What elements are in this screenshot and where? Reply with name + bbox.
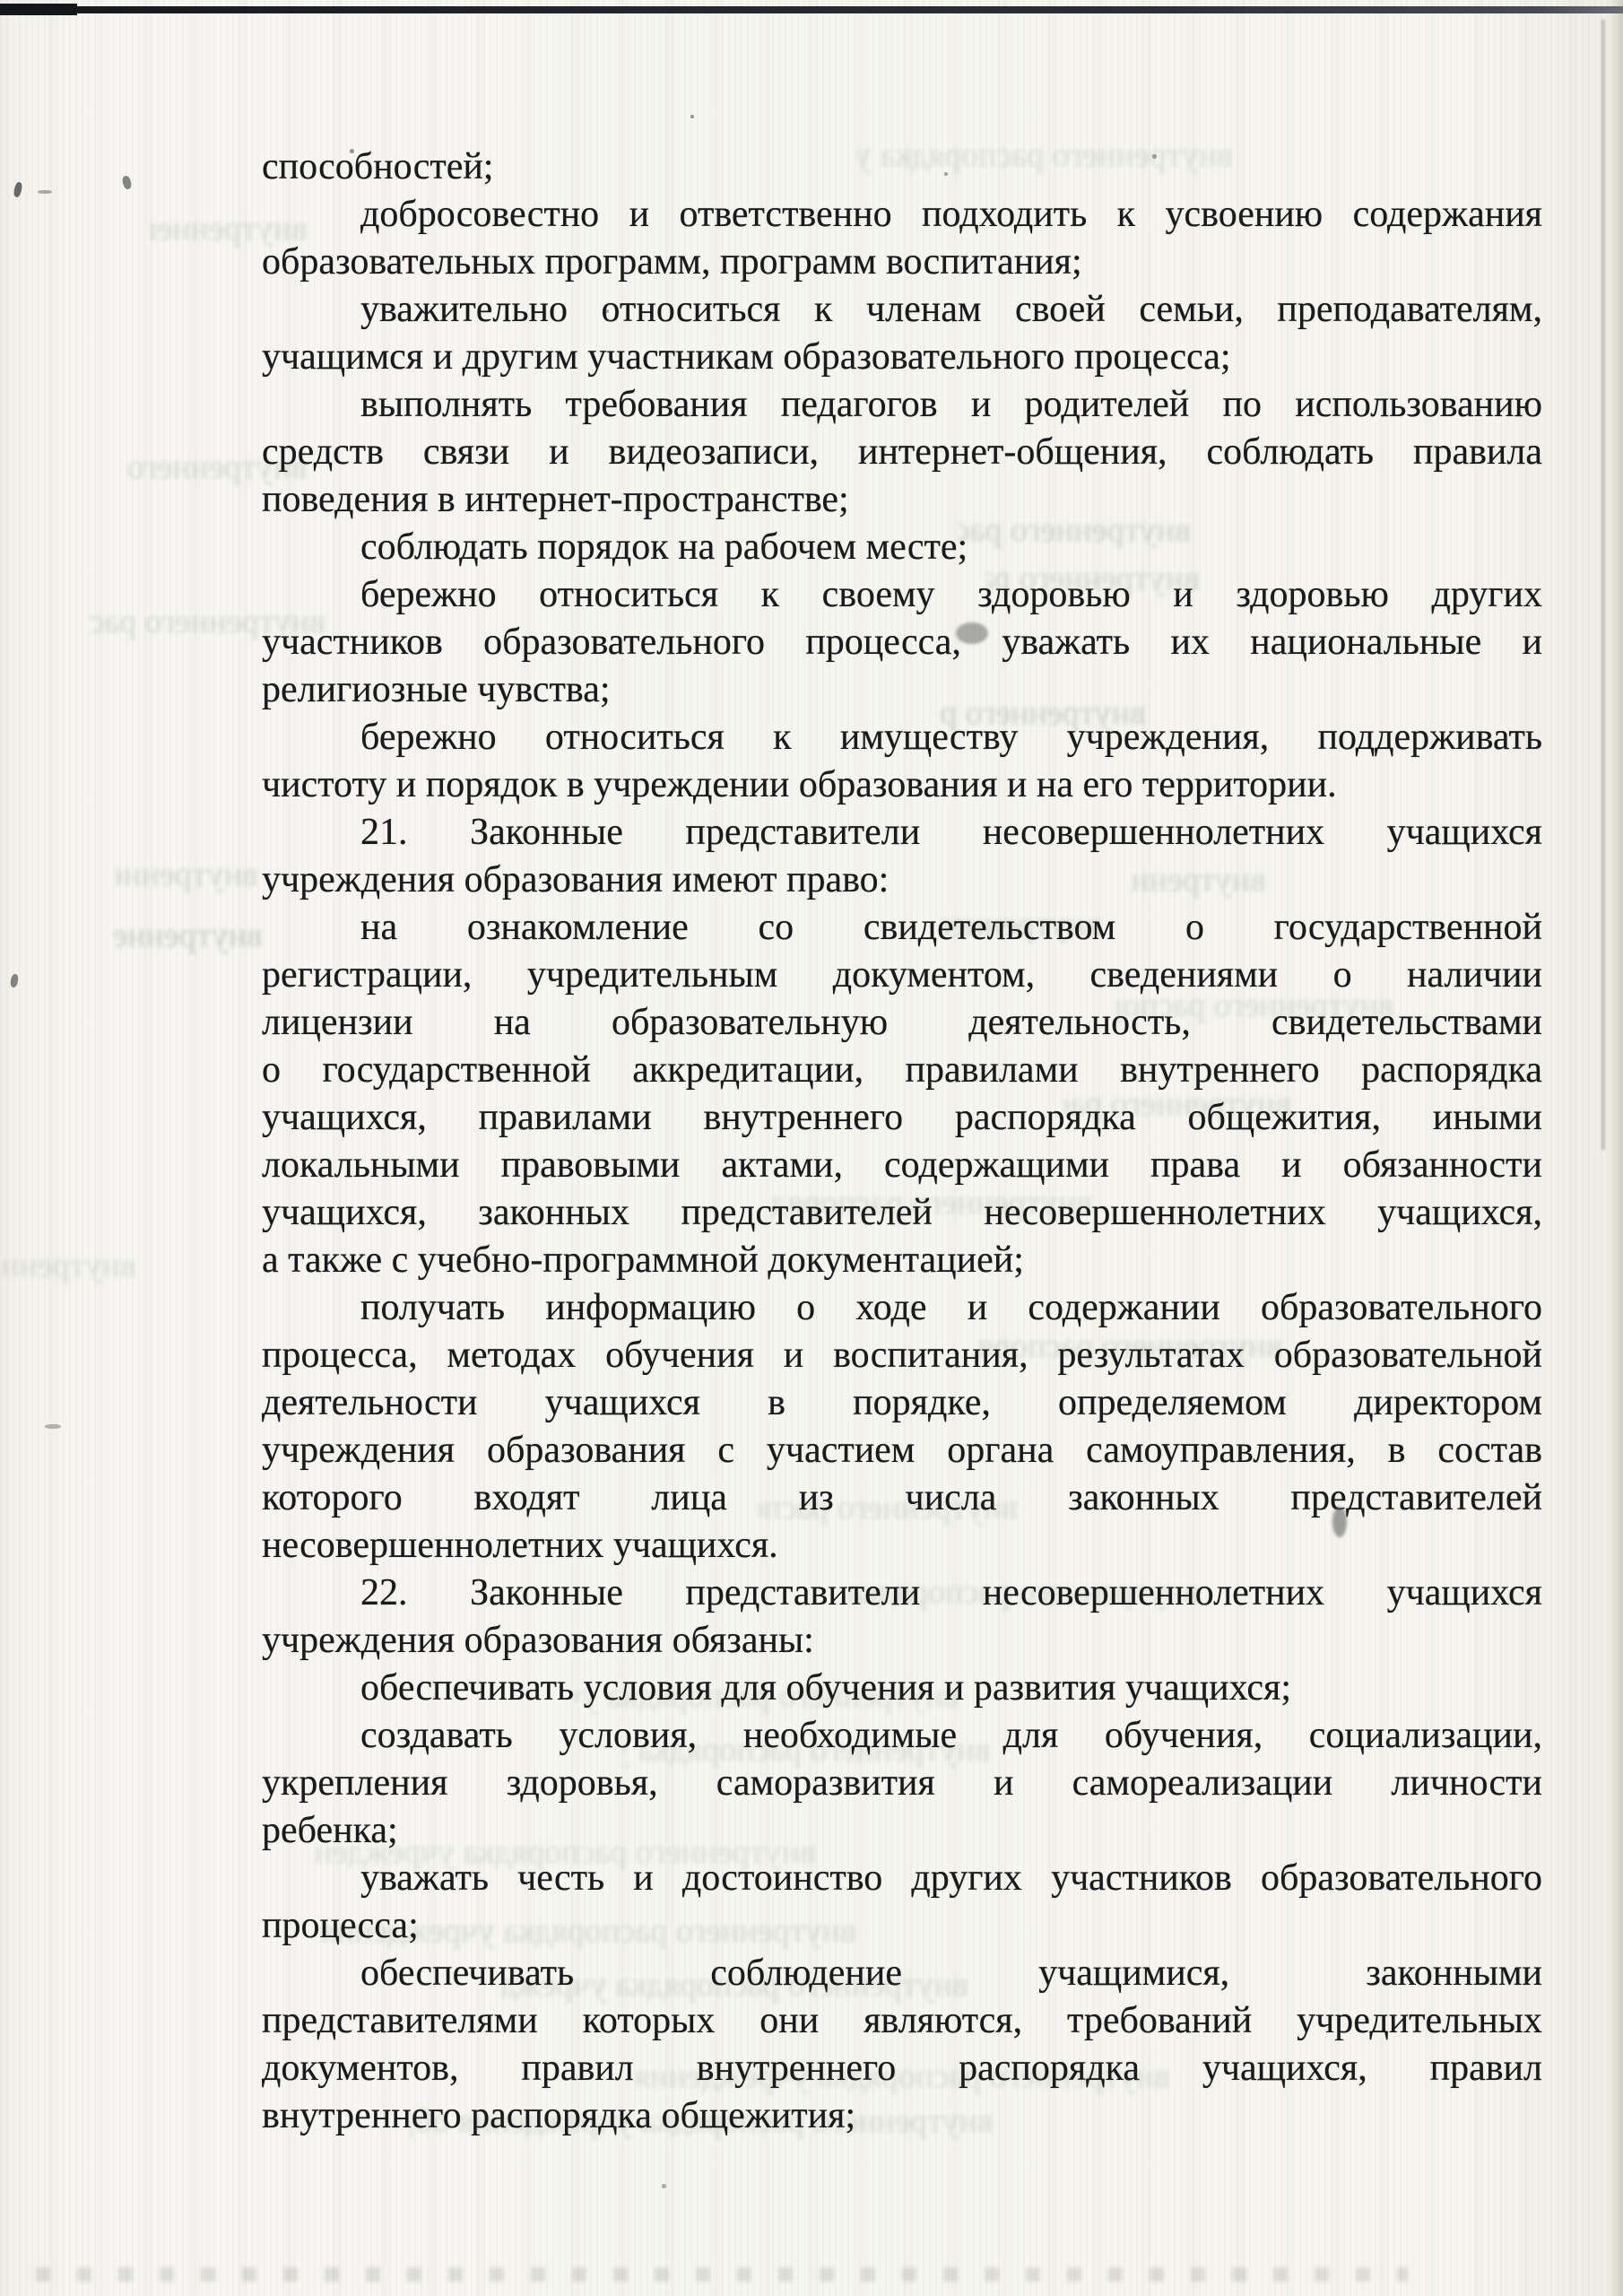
dust-dot [690, 115, 694, 118]
text-line: бережно относиться к имуществу учреждени… [262, 714, 1542, 761]
scanner-right-streak-artifact [1601, 20, 1605, 1150]
text-line: создавать условия, необходимые для обуче… [262, 1712, 1542, 1760]
scanned-document-page: внутреннего распорядка учреждения образо… [0, 0, 1623, 2296]
ink-speck [10, 973, 19, 987]
bleedthrough-text: внутреннего распорядка учреждения образо… [115, 915, 263, 958]
text-line: 21. Законные представители несовершеннол… [262, 809, 1542, 857]
text-line: средств связи и видеозаписи, интернет-об… [262, 429, 1542, 476]
scanner-top-edge-artifact [0, 6, 1623, 13]
text-line: учреждения образования обязаны: [262, 1617, 1542, 1665]
text-line: уважительно относиться к членам своей се… [262, 286, 1542, 334]
ink-speck [45, 1424, 61, 1429]
text-line: несовершеннолетних учащихся. [262, 1522, 1542, 1570]
text-line: обеспечивать соблюдение учащимися, закон… [262, 1950, 1542, 1997]
text-line: ребенка; [262, 1807, 1542, 1855]
text-line: о государственной аккредитации, правилам… [262, 1047, 1542, 1094]
text-line: чистоту и порядок в учреждении образован… [262, 761, 1542, 809]
bottom-speckle-band [36, 2267, 1408, 2282]
text-line: лицензии на образовательную деятельность… [262, 999, 1542, 1047]
text-line: обеспечивать условия для обучения и разв… [262, 1665, 1542, 1712]
text-line: которого входят лица из числа законных п… [262, 1474, 1542, 1522]
ink-speck [13, 181, 22, 197]
dust-dot [605, 309, 609, 313]
text-line: выполнять требования педагогов и родител… [262, 381, 1542, 429]
text-line: получать информацию о ходе и содержании … [262, 1284, 1542, 1332]
text-line: образовательных программ, программ воспи… [262, 239, 1542, 286]
ink-speck [38, 190, 52, 194]
text-line: способностей; [262, 143, 1542, 191]
text-line: бережно относиться к своему здоровью и з… [262, 571, 1542, 619]
bleedthrough-text: внутреннего распорядка учреждения образо… [2, 1245, 136, 1288]
dust-dot [1152, 154, 1157, 159]
text-line: учащихся, правилами внутреннего распоряд… [262, 1094, 1542, 1142]
dust-dot [662, 2184, 666, 2188]
text-line: соблюдать порядок на рабочем месте; [262, 524, 1542, 571]
text-line: на ознакомление со свидетельством о госу… [262, 904, 1542, 952]
ink-smudge [1332, 1507, 1347, 1537]
ink-speck [121, 175, 133, 190]
text-line: учащихся, законных представителей несове… [262, 1189, 1542, 1237]
text-line: а также с учебно-программной документаци… [262, 1237, 1542, 1284]
page-right-shadow [1609, 0, 1623, 2296]
text-line: внутреннего распорядка общежития; [262, 2092, 1542, 2140]
document-text-block: способностей;добросовестно и ответственн… [262, 143, 1542, 2140]
bleedthrough-text: внутреннего распорядка учреждения образо… [115, 854, 258, 897]
text-line: 22. Законные представители несовершеннол… [262, 1570, 1542, 1617]
text-line: добросовестно и ответственно подходить к… [262, 191, 1542, 239]
text-line: процесса; [262, 1902, 1542, 1950]
text-line: религиозные чувства; [262, 666, 1542, 714]
text-line: деятельности учащихся в порядке, определ… [262, 1379, 1542, 1427]
text-line: поведения в интернет-пространстве; [262, 476, 1542, 524]
text-line: локальными правовыми актами, содержащими… [262, 1142, 1542, 1189]
scanner-top-edge-corner-artifact [0, 4, 77, 15]
dust-dot [944, 172, 948, 176]
text-line: учащимся и другим участникам образовател… [262, 334, 1542, 381]
ink-smudge [956, 622, 988, 644]
text-line: представителями которых они являются, тр… [262, 1997, 1542, 2045]
text-line: процесса, методах обучения и воспитания,… [262, 1332, 1542, 1379]
text-line: учреждения образования с участием органа… [262, 1427, 1542, 1474]
dust-dot [350, 149, 354, 153]
text-line: учреждения образования имеют право: [262, 857, 1542, 904]
text-line: документов, правил внутреннего распорядк… [262, 2045, 1542, 2092]
text-line: укрепления здоровья, саморазвития и само… [262, 1760, 1542, 1807]
text-line: уважать честь и достоинство других участ… [262, 1855, 1542, 1902]
text-line: участников образовательного процесса, ув… [262, 619, 1542, 666]
text-line: регистрации, учредительным документом, с… [262, 952, 1542, 999]
